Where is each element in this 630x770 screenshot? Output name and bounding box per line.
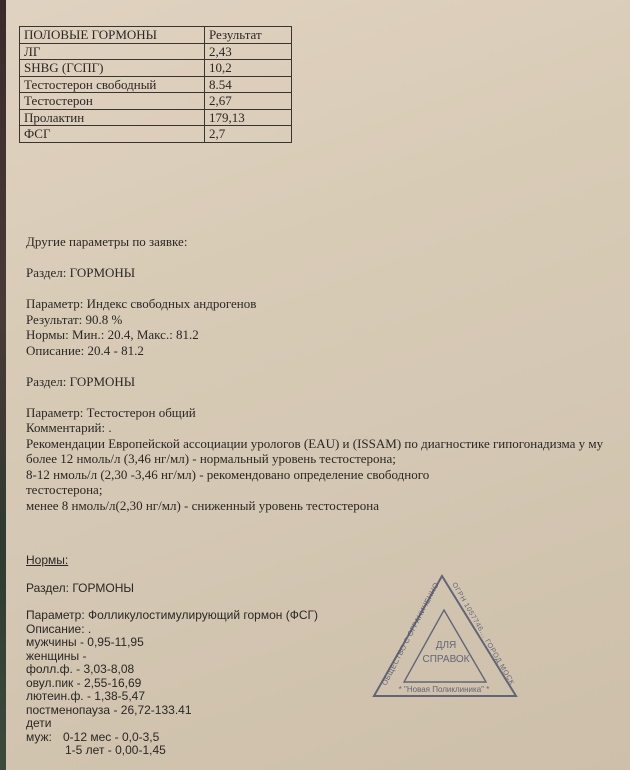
hormone-result: 2,7 — [205, 126, 292, 143]
table-row: ФСГ 2,7 — [20, 126, 292, 143]
hormone-name: Тестостерон — [20, 93, 205, 110]
parameter-name: Параметр: Фолликулостимулирующий гормон … — [26, 609, 318, 623]
sex-hormones-table: ПОЛОВЫЕ ГОРМОНЫ Результат ЛГ 2,43 SHBG (… — [19, 26, 292, 143]
hormone-result: 2,43 — [205, 43, 292, 60]
hormone-name: SHBG (ГСПГ) — [20, 60, 205, 77]
recommendation-line: менее 8 нмоль/л(2,30 нг/мл) - сниженный … — [26, 498, 603, 514]
norm-ovulatory: овул.пик - 2,55-16,69 — [26, 677, 318, 691]
column-header-name: ПОЛОВЫЕ ГОРМОНЫ — [20, 27, 205, 44]
norm-men: мужчины - 0,95-11,95 — [26, 636, 318, 650]
parameter-norms: Нормы: Мин.: 20.4, Макс.: 81.2 — [26, 327, 603, 343]
recommendation-line: 8-12 нмоль/л (2,30 -3,46 нг/мл) - рекоме… — [26, 467, 603, 483]
stamp-left-text: ОБЩЕСТВО С ОГРАНИЧЕННОЙ ОТВЕТСТВЕННОСТЬЮ — [372, 568, 441, 687]
table-header-row: ПОЛОВЫЕ ГОРМОНЫ Результат — [20, 27, 292, 44]
hormone-result: 8.54 — [205, 76, 292, 93]
column-header-result: Результат — [205, 27, 292, 44]
norm-boys-1-5: 1-5 лет - 0,00-1,45 — [26, 744, 318, 758]
norm-boys-0-12: муж:0-12 мес - 0,0-3,5 — [26, 731, 318, 745]
table-row: SHBG (ГСПГ) 10,2 — [20, 60, 292, 77]
hormone-name: Тестостерон свободный — [20, 76, 205, 93]
table-row: ЛГ 2,43 — [20, 43, 292, 60]
norm-women: женщины - — [26, 650, 318, 664]
norm-boys-1-5-value: 1-5 лет - 0,00-1,45 — [65, 743, 166, 757]
stamp-center-line2: СПРАВОК — [422, 654, 469, 665]
norm-luteal: лютеин.ф. - 1,38-5,47 — [26, 690, 318, 704]
other-params-section: Другие параметры по заявке: Раздел: ГОРМ… — [26, 234, 603, 513]
parameter-result: Результат: 90.8 % — [26, 312, 603, 328]
norm-follicular: фолл.ф. - 3,03-8,08 — [26, 663, 318, 677]
clinic-stamp: ОБЩЕСТВО С ОГРАНИЧЕННОЙ ОТВЕТСТВЕННОСТЬЮ… — [372, 568, 522, 698]
recommendation-line: более 12 нмоль/л (3,46 нг/мл) - нормальн… — [26, 451, 603, 467]
recommendation-line: тестостерона; — [26, 482, 603, 498]
table-row: Тестостерон свободный 8.54 — [20, 76, 292, 93]
stamp-bottom-text: * "Новая Поликлиника" * — [399, 685, 490, 694]
hormone-name: ЛГ — [20, 43, 205, 60]
lab-report-page: ПОЛОВЫЕ ГОРМОНЫ Результат ЛГ 2,43 SHBG (… — [6, 0, 630, 770]
hormone-result: 10,2 — [205, 60, 292, 77]
norm-boys-0-12-value: 0-12 мес - 0,0-3,5 — [63, 730, 159, 744]
parameter-description: Описание: . — [26, 623, 318, 637]
boys-label: муж: — [26, 731, 63, 745]
norms-heading: Нормы: — [26, 554, 318, 568]
section-label: Раздел: ГОРМОНЫ — [26, 265, 603, 281]
norm-postmenopause: постменопауза - 26,72-133.41 — [26, 704, 318, 718]
stamp-center-line1: ДЛЯ — [436, 640, 457, 651]
hormone-result: 2,67 — [205, 93, 292, 110]
svg-text:ОБЩЕСТВО С ОГРАНИЧЕННОЙ ОТВЕТС: ОБЩЕСТВО С ОГРАНИЧЕННОЙ ОТВЕТСТВЕННОСТЬЮ — [372, 568, 441, 687]
other-params-heading: Другие параметры по заявке: — [26, 234, 603, 250]
hormone-name: ФСГ — [20, 126, 205, 143]
parameter-comment: Комментарий: . — [26, 420, 603, 436]
parameter-name: Параметр: Тестостерон общий — [26, 405, 603, 421]
hormone-name: Пролактин — [20, 109, 205, 126]
parameter-name: Параметр: Индекс свободных андрогенов — [26, 296, 603, 312]
recommendation-line: Рекомендации Европейской ассоциации урол… — [26, 436, 603, 452]
section-label: Раздел: ГОРМОНЫ — [26, 374, 603, 390]
table-row: Пролактин 179,13 — [20, 109, 292, 126]
section-label: Раздел: ГОРМОНЫ — [26, 582, 318, 596]
table-row: Тестостерон 2,67 — [20, 93, 292, 110]
parameter-description: Описание: 20.4 - 81.2 — [26, 343, 603, 359]
norms-section: Нормы: Раздел: ГОРМОНЫ Параметр: Фоллику… — [26, 554, 318, 758]
hormone-result: 179,13 — [205, 109, 292, 126]
norm-children: дети — [26, 717, 318, 731]
